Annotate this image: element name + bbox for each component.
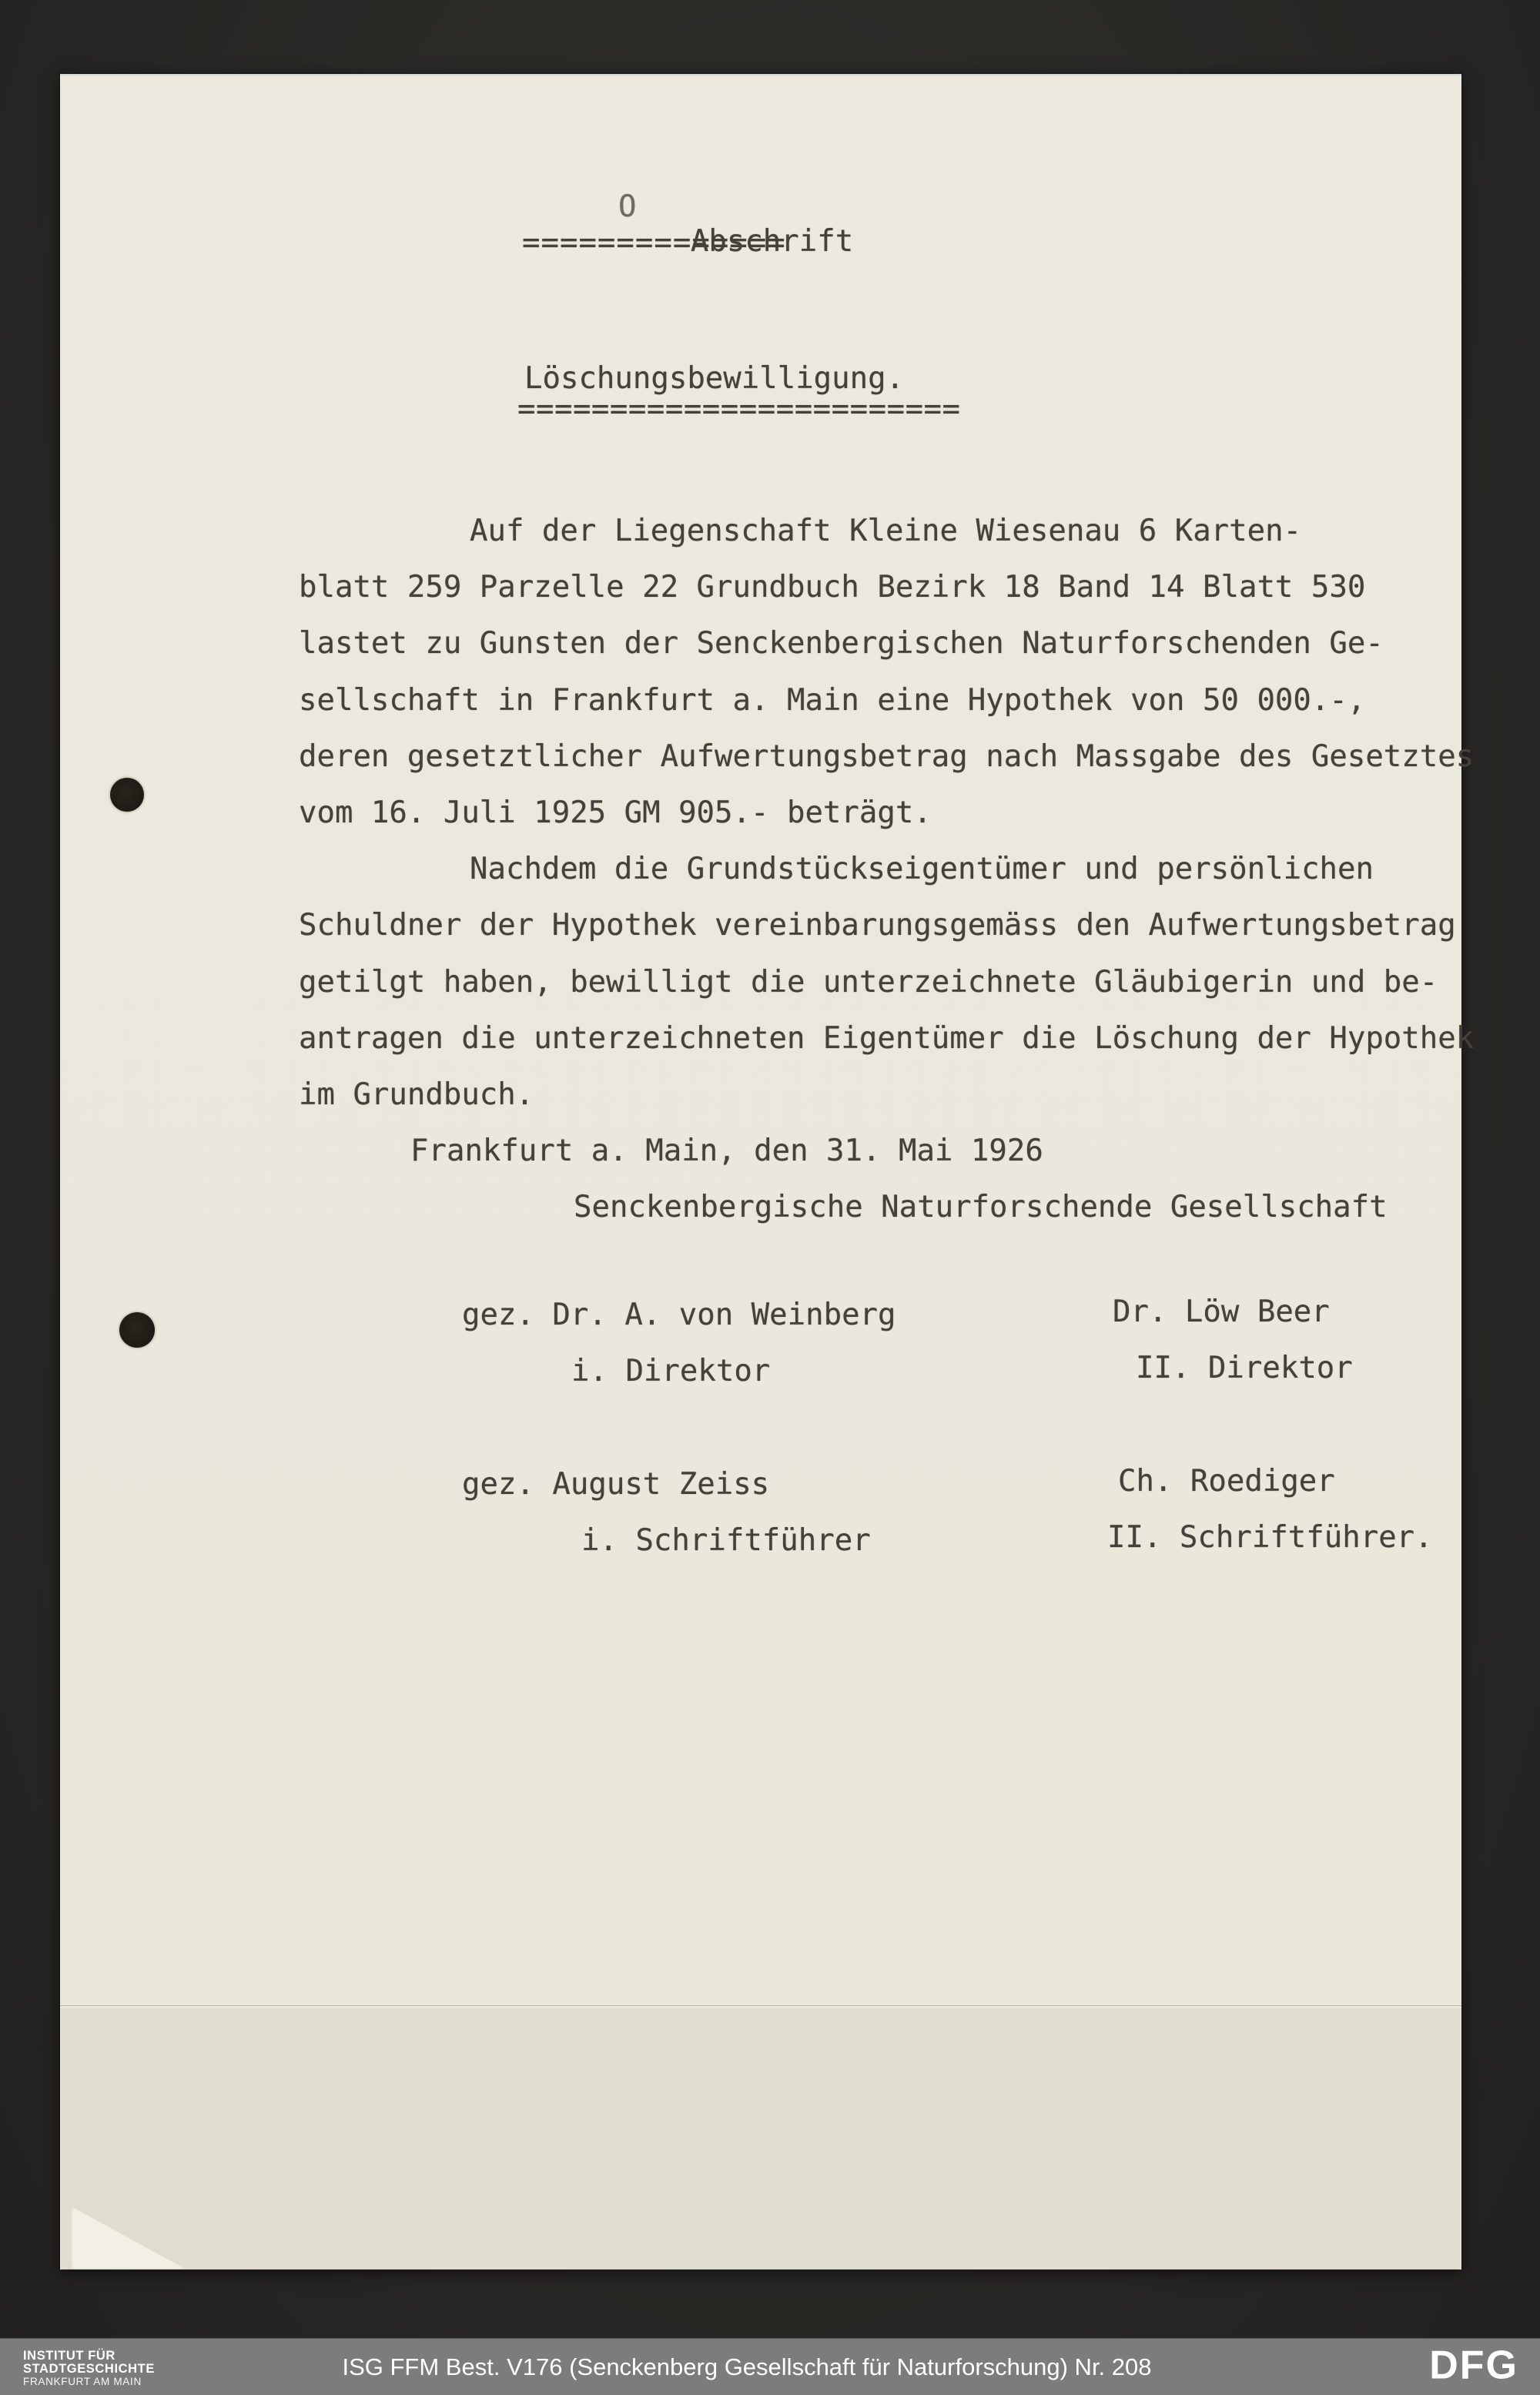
- document-page: Abschrift O ============== Löschungsbewi…: [60, 74, 1461, 2269]
- signature-2-name: Dr. Löw Beer: [1113, 1297, 1330, 1327]
- archive-footer-bar: INSTITUT FÜR STADTGESCHICHTE FRANKFURT A…: [0, 2338, 1540, 2395]
- heading-underline: ==============: [522, 228, 786, 258]
- punch-hole-bottom: [119, 1312, 155, 1348]
- document-line: antragen die unterzeichneten Eigentümer …: [299, 1023, 1474, 1053]
- institution-logo: INSTITUT FÜR STADTGESCHICHTE FRANKFURT A…: [23, 2350, 155, 2387]
- signature-3-name: gez. August Zeiss: [462, 1469, 769, 1499]
- document-line: deren gesetztlicher Aufwertungsbetrag na…: [299, 742, 1474, 772]
- signature-3-title: i. Schriftführer: [581, 1526, 871, 1556]
- punch-hole-top: [110, 778, 144, 812]
- document-line: im Grundbuch.: [299, 1080, 534, 1110]
- document-line: Frankfurt a. Main, den 31. Mai 1926: [410, 1136, 1043, 1166]
- dfg-logo: DFG: [1429, 2343, 1518, 2389]
- document-line: Auf der Liegenschaft Kleine Wiesenau 6 K…: [470, 516, 1301, 546]
- document-line: Schuldner der Hypothek vereinbarungsgemä…: [299, 910, 1456, 940]
- signature-2-title: II. Direktor: [1136, 1353, 1353, 1383]
- document-title: Löschungsbewilligung.: [524, 363, 904, 394]
- signature-4-title: II. Schriftführer.: [1107, 1522, 1433, 1553]
- document-line: Senckenbergische Naturforschende Gesells…: [574, 1192, 1388, 1222]
- archive-scan-viewer: Abschrift O ============== Löschungsbewi…: [0, 0, 1540, 2395]
- institution-line-1: INSTITUT FÜR: [23, 2350, 155, 2363]
- signature-4-name: Ch. Roediger: [1118, 1466, 1335, 1496]
- signature-1-name: gez. Dr. A. von Weinberg: [462, 1300, 896, 1330]
- archive-reference-caption: ISG FFM Best. V176 (Senckenberg Gesellsc…: [342, 2353, 1151, 2381]
- document-line: getilgt haben, bewilligt die unterzeichn…: [299, 967, 1438, 997]
- signature-1-title: i. Direktor: [571, 1356, 770, 1386]
- heading-overstrike-mark: O: [601, 192, 637, 222]
- document-line: Nachdem die Grundstückseigentümer und pe…: [470, 854, 1374, 884]
- document-line: sellschaft in Frankfurt a. Main eine Hyp…: [299, 685, 1365, 715]
- institution-line-3: FRANKFURT AM MAIN: [23, 2377, 155, 2387]
- document-title-underline: ========================: [517, 394, 961, 424]
- document-line: lastet zu Gunsten der Senckenbergischen …: [299, 628, 1384, 658]
- paper-fold-lower-section: [60, 2005, 1461, 2270]
- document-line: vom 16. Juli 1925 GM 905.- beträgt.: [299, 798, 932, 828]
- document-line: blatt 259 Parzelle 22 Grundbuch Bezirk 1…: [299, 572, 1365, 602]
- institution-line-2: STADTGESCHICHTE: [23, 2363, 155, 2376]
